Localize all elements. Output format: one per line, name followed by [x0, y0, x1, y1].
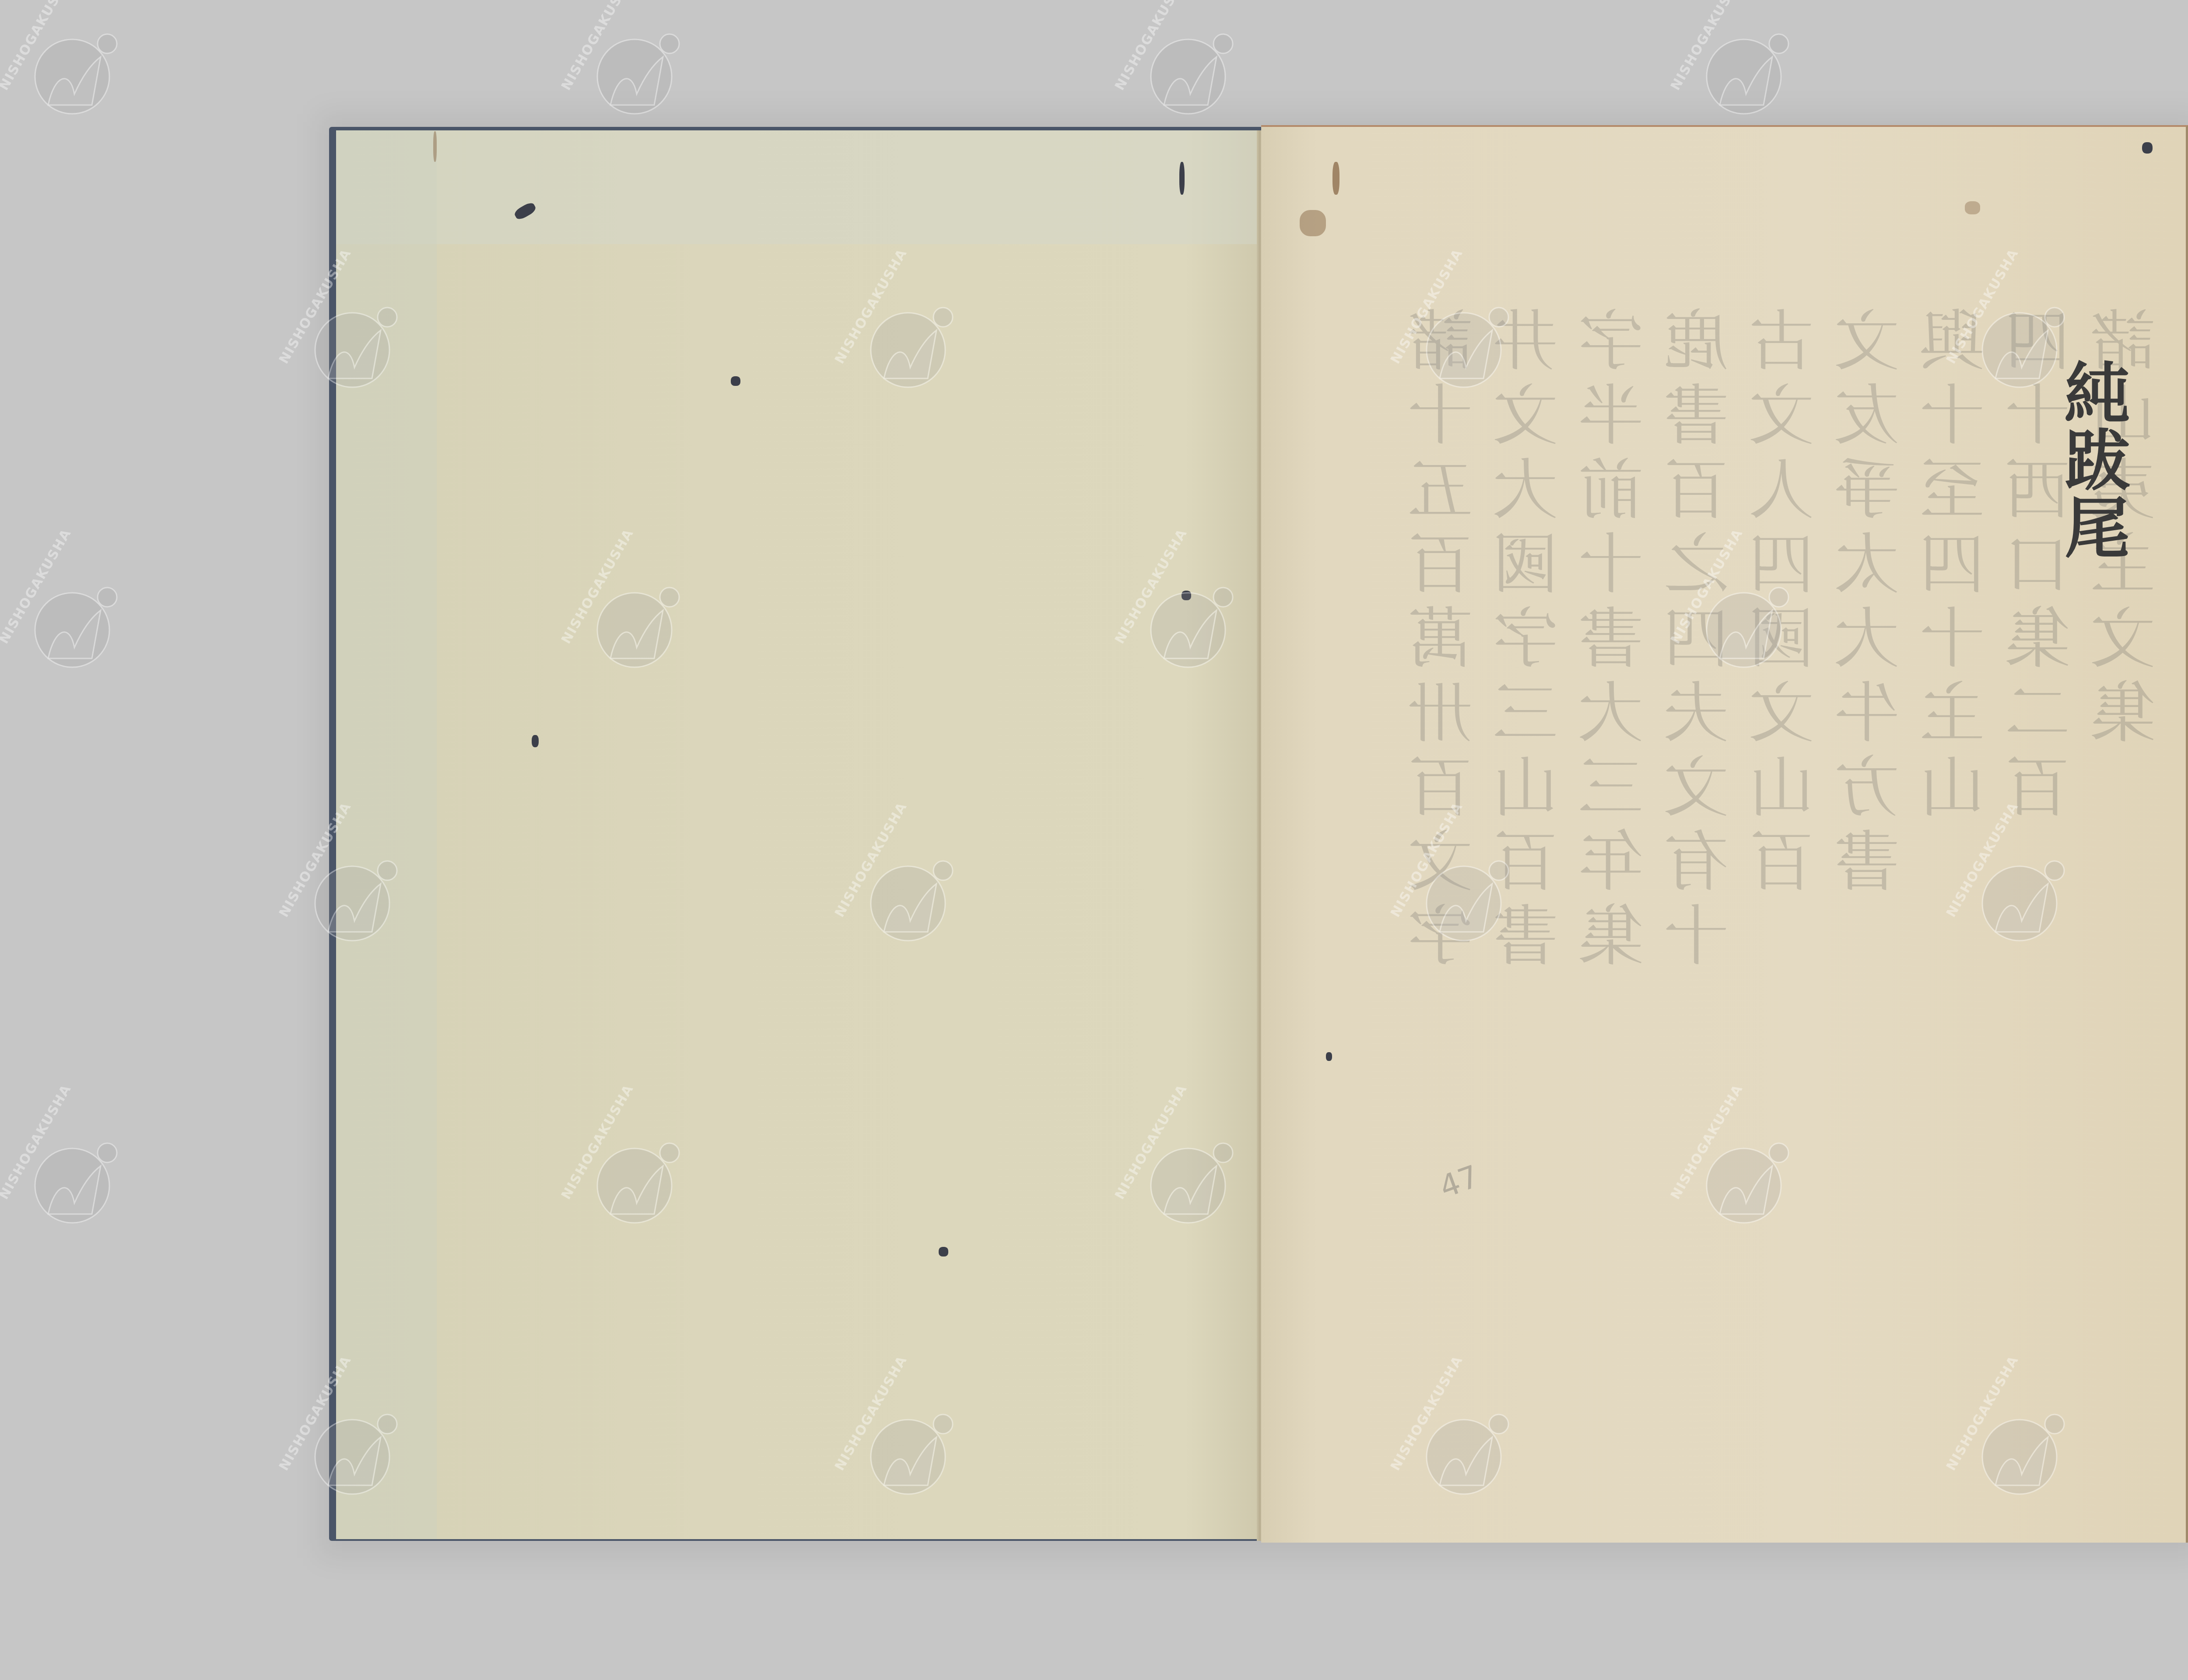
watermark-logo: NISHOGAKUSHA — [1138, 1131, 1238, 1232]
watermark-logo: NISHOGAKUSHA — [584, 575, 685, 676]
stain-mark — [1332, 162, 1339, 195]
stain-mark — [1300, 210, 1326, 236]
watermark-logo: NISHOGAKUSHA — [1694, 1131, 1794, 1232]
watermark-logo: NISHOGAKUSHA — [1413, 295, 1514, 396]
watermark-logo: NISHOGAKUSHA — [584, 1131, 685, 1232]
ink-spot — [731, 376, 740, 386]
watermark-logo: NISHOGAKUSHA — [22, 1131, 123, 1232]
bleed-column: 字半前十書大三年集 — [1584, 306, 1650, 1444]
watermark-logo: NISHOGAKUSHA — [22, 575, 123, 676]
watermark-logo: NISHOGAKUSHA — [1694, 575, 1794, 676]
watermark-logo: NISHOGAKUSHA — [1413, 849, 1514, 949]
watermark-logo: NISHOGAKUSHA — [1694, 22, 1794, 122]
watermark-logo: NISHOGAKUSHA — [584, 22, 685, 122]
stain-mark — [433, 131, 437, 162]
ink-spot — [532, 735, 539, 747]
stain-mark — [1965, 201, 1980, 214]
left-page-top-band — [336, 130, 1259, 244]
ink-spot — [939, 1247, 948, 1256]
watermark-logo: NISHOGAKUSHA — [1138, 575, 1238, 676]
watermark-logo: NISHOGAKUSHA — [858, 295, 958, 396]
watermark-logo: NISHOGAKUSHA — [22, 22, 123, 122]
ink-spot — [1326, 1052, 1332, 1061]
bleed-column: 鹿書百之四夫文有十 — [1669, 306, 1735, 1444]
watermark-logo: NISHOGAKUSHA — [1969, 295, 2070, 396]
watermark-logo: NISHOGAKUSHA — [1969, 849, 2070, 949]
watermark-logo: NISHOGAKUSHA — [302, 1402, 403, 1503]
watermark-logo: NISHOGAKUSHA — [1138, 22, 1238, 122]
left-page — [336, 130, 1259, 1539]
watermark-logo: NISHOGAKUSHA — [858, 1402, 958, 1503]
watermark-logo: NISHOGAKUSHA — [858, 849, 958, 949]
ink-mark — [1179, 162, 1185, 195]
watermark-logo: NISHOGAKUSHA — [302, 849, 403, 949]
watermark-logo: NISHOGAKUSHA — [302, 295, 403, 396]
watermark-logo: NISHOGAKUSHA — [1969, 1402, 2070, 1503]
watermark-logo: NISHOGAKUSHA — [1413, 1402, 1514, 1503]
bleed-column: 文友爭太大牛方書 — [1840, 306, 1906, 1444]
bleed-column: 古文人四國文山百 — [1755, 306, 1820, 1444]
ink-spot — [2142, 142, 2153, 154]
